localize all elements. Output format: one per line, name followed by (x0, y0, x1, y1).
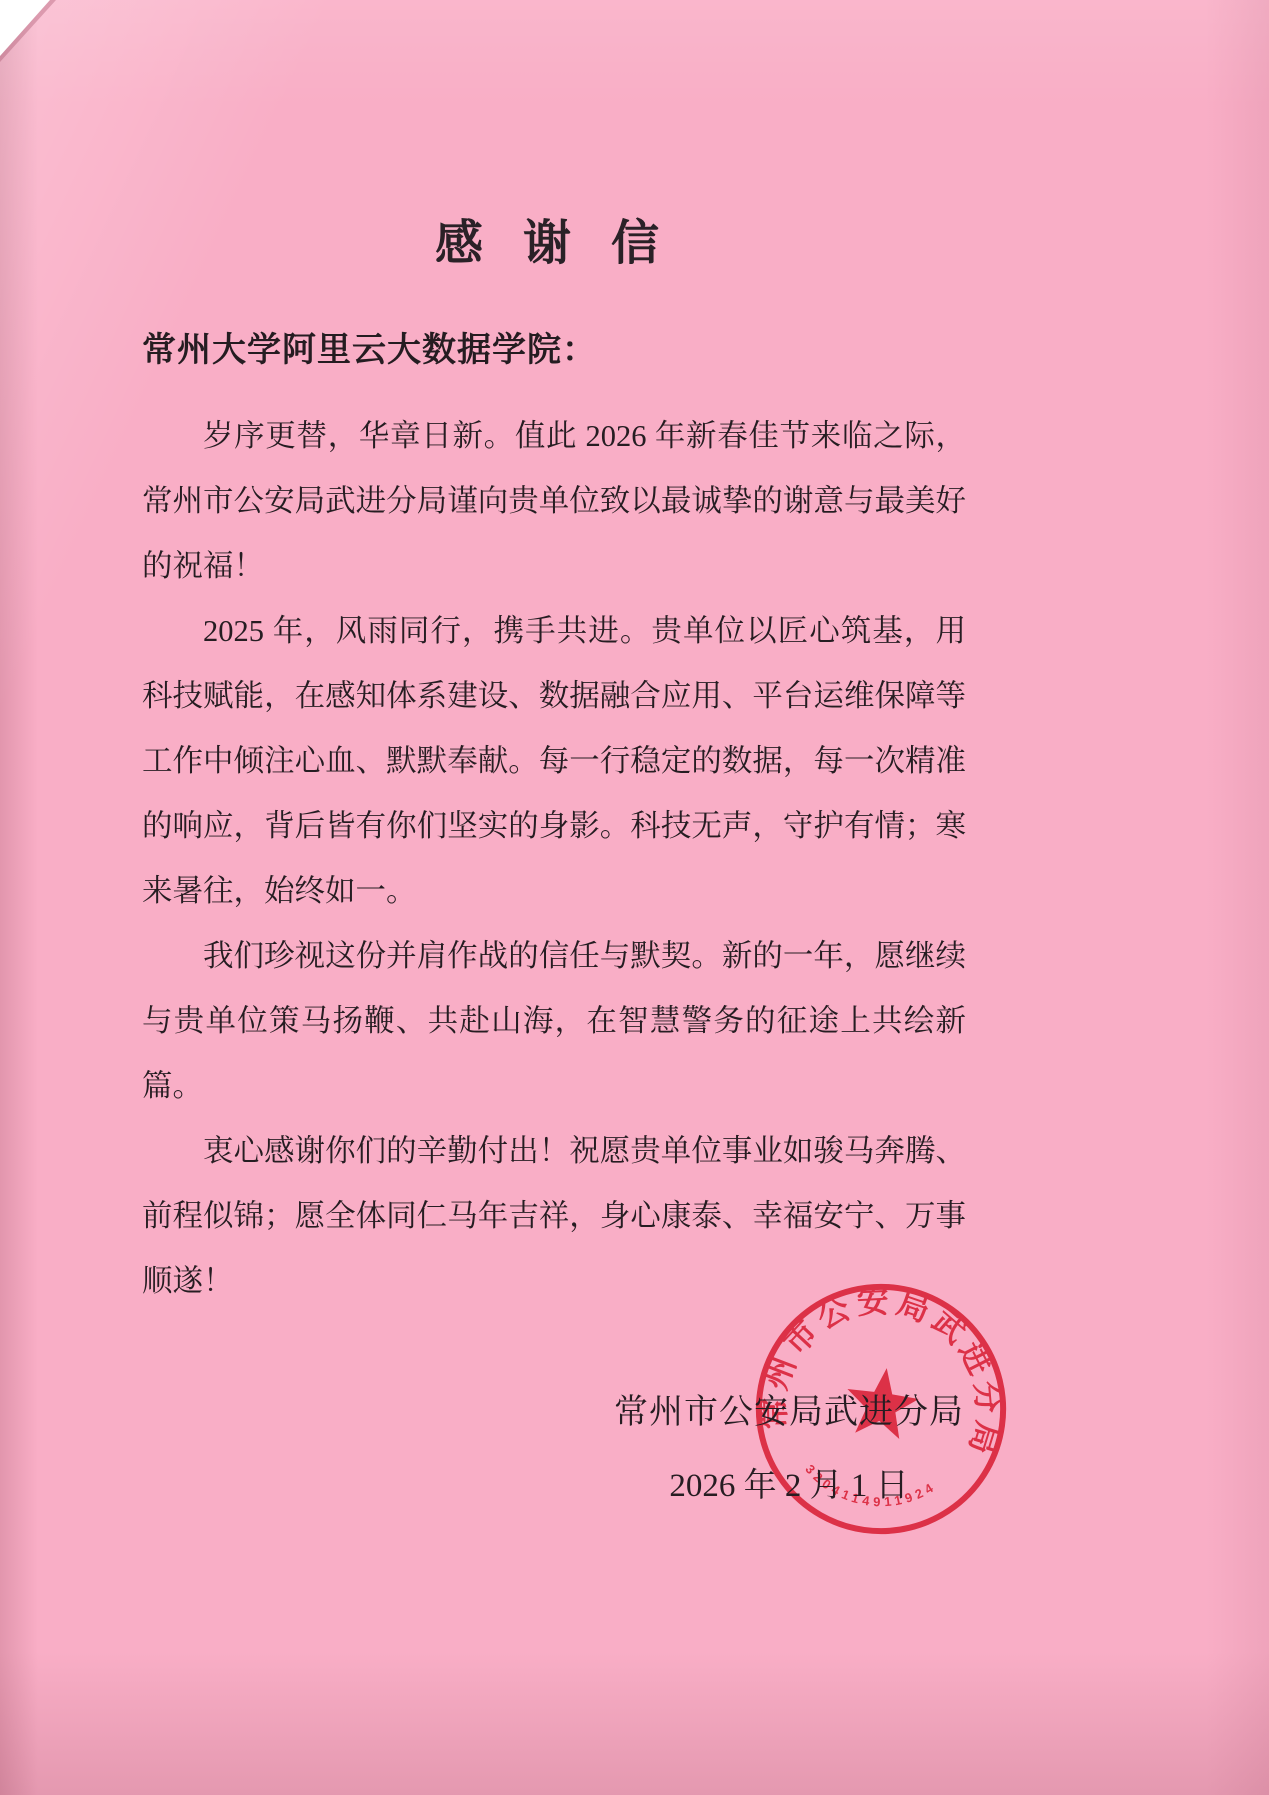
paragraph-3: 我们珍视这份并肩作战的信任与默契。新的一年，愿继续与贵单位策马扬鞭、共赴山海，在… (142, 924, 966, 1119)
signature-block: 常州市公安局武进分局 2026 年 2 月 1 日 (614, 1384, 964, 1506)
page-corner-fold (0, 0, 50, 56)
letter-title: 感 谢 信 (142, 204, 966, 273)
date-line: 2026 年 2 月 1 日 (614, 1459, 964, 1506)
paragraph-1: 岁序更替，华章日新。值此 2026 年新春佳节来临之际，常州市公安局武进分局谨向… (142, 404, 966, 599)
paragraph-2: 2025 年，风雨同行，携手共进。贵单位以匠心筑基，用科技赋能，在感知体系建设、… (142, 599, 966, 924)
salutation: 常州大学阿里云大数据学院： (142, 322, 597, 371)
signature: 常州市公安局武进分局 (614, 1384, 964, 1433)
letter-body: 岁序更替，华章日新。值此 2026 年新春佳节来临之际，常州市公安局武进分局谨向… (142, 404, 966, 1314)
letter-page: 感 谢 信 常州大学阿里云大数据学院： 岁序更替，华章日新。值此 2026 年新… (0, 0, 1269, 1795)
